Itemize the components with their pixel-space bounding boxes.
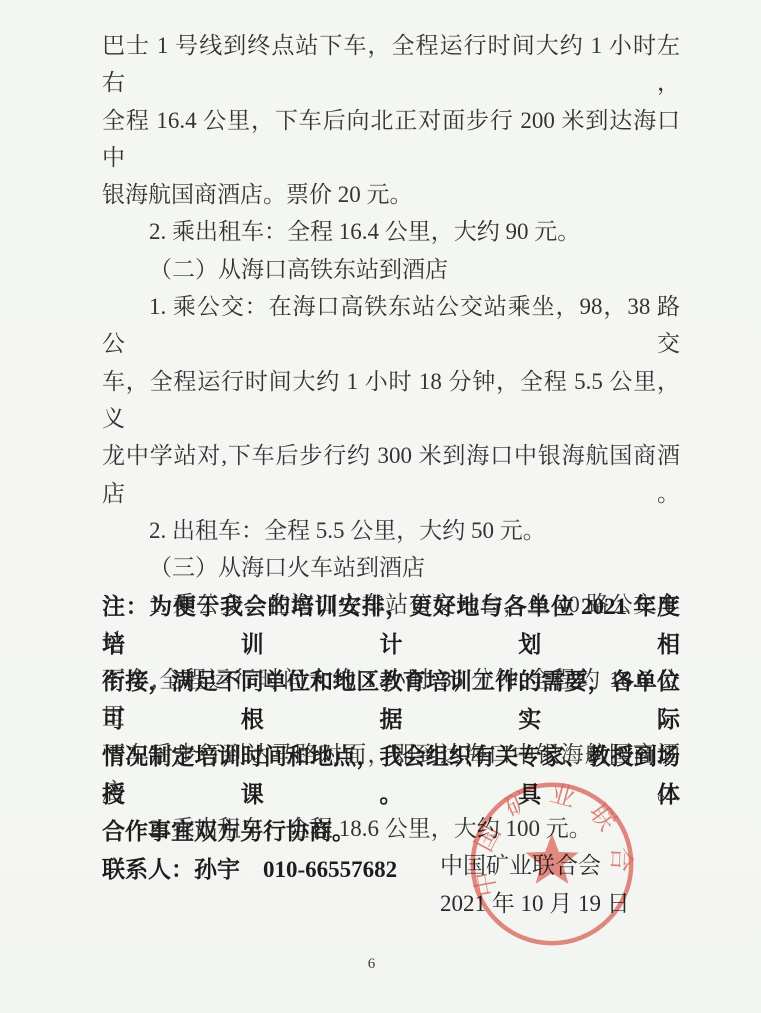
body-line: 全程 16.4 公里，下车后向北正对面步行 200 米到达海口中 — [102, 102, 680, 177]
note-line: 衔接，满足不同单位和地区教育培训工作的需要，各单位可根据实际 — [102, 663, 680, 738]
note-line: 注：为便于我会的培训安排，更好地与各单位 2021 年度培训计划相 — [102, 588, 680, 663]
section-heading: （三）从海口火车站到酒店 — [102, 549, 680, 586]
page-number: 6 — [0, 956, 743, 973]
body-line: 银海航国商酒店。票价 20 元。 — [102, 176, 680, 213]
body-line: 2. 乘出租车：全程 16.4 公里，大约 90 元。 — [102, 213, 680, 250]
section-heading: （二）从海口高铁东站到酒店 — [102, 251, 680, 288]
body-line: 2. 出租车：全程 5.5 公里，大约 50 元。 — [102, 512, 680, 549]
official-seal: 中国矿业联合会 — [462, 774, 642, 954]
body-line: 车，全程运行时间大约 1 小时 18 分钟，全程 5.5 公里，义 — [102, 363, 680, 438]
seal-arc-text: 中国矿业联合会 — [462, 774, 635, 899]
body-line: 龙中学站对,下车后步行约 300 米到海口中银海航国商酒店。 — [102, 437, 680, 512]
scanned-document-page: 巴士 1 号线到终点站下车，全程运行时间大约 1 小时左右， 全程 16.4 公… — [0, 0, 761, 1013]
body-line: 1. 乘公交：在海口高铁东站公交站乘坐，98，38 路公交 — [102, 288, 680, 363]
star-icon — [525, 833, 578, 883]
body-line: 巴士 1 号线到终点站下车，全程运行时间大约 1 小时左右， — [102, 27, 680, 102]
